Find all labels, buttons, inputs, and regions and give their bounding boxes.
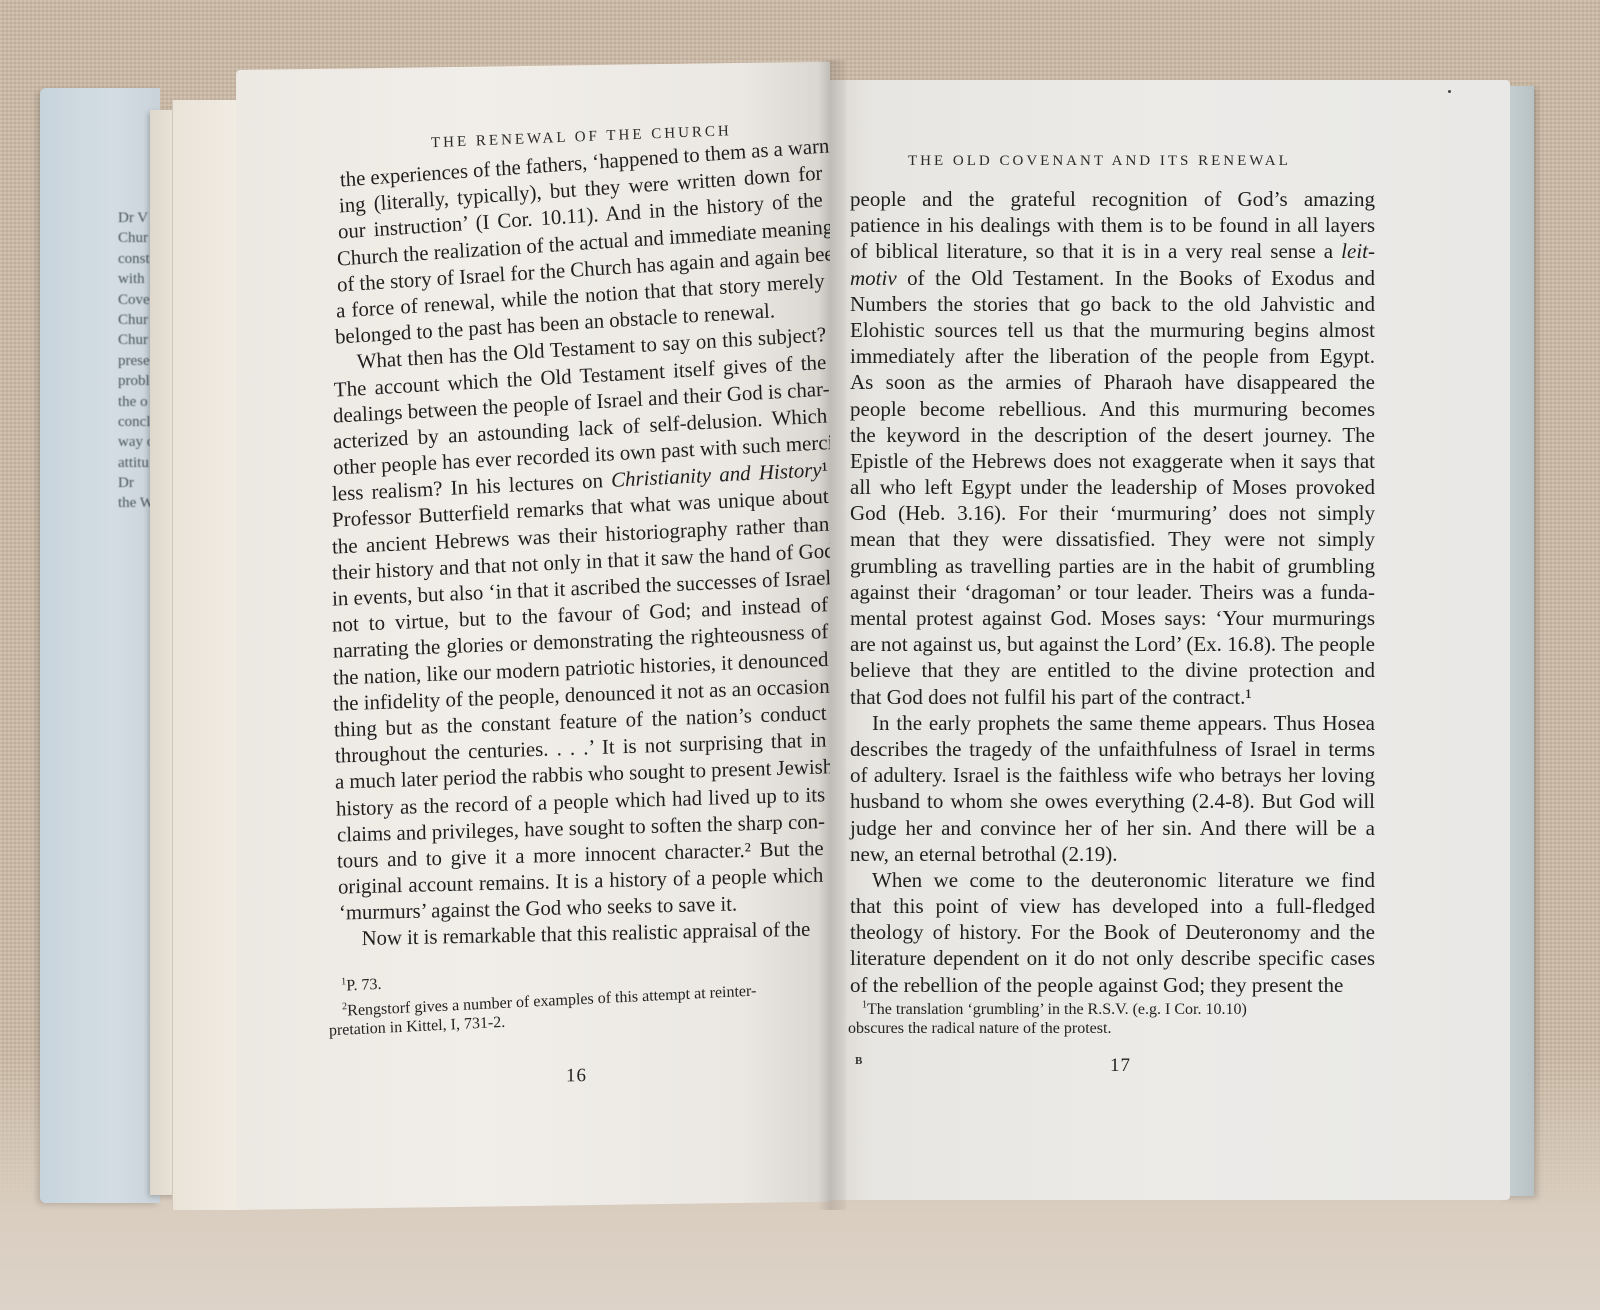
- text-line: Epistle of the Hebrews does not exaggera…: [850, 448, 1375, 474]
- text-line: believe that they are entitled to the di…: [850, 657, 1375, 683]
- right-body-text: people and the grateful recognition of G…: [850, 186, 1375, 998]
- text-line: God (Heb. 3.16). For their ‘murmuring’ d…: [850, 500, 1375, 526]
- text-line: new, an eternal betrothal (2.19).: [850, 841, 1375, 867]
- page-block-edge: [172, 100, 243, 1210]
- footnote-line: 1The translation ‘grumbling’ in the R.S.…: [848, 1000, 1378, 1019]
- text-line: When we come to the deuteronomic literat…: [850, 867, 1375, 893]
- text-line: people and the grateful recognition of G…: [850, 186, 1375, 212]
- text-line: that God does not fulfil his part of the…: [850, 684, 1375, 710]
- dust-jacket-flap: Dr V Chur const with Cove Chur Chur pres…: [40, 88, 160, 1203]
- text-line: grumbling as travelling parties are in t…: [850, 553, 1375, 579]
- text-line: judge her and convince her of her sin. A…: [850, 815, 1375, 841]
- text-line: of adultery. Israel is the faithless wif…: [850, 762, 1375, 788]
- right-footnotes: 1The translation ‘grumbling’ in the R.S.…: [848, 1000, 1378, 1038]
- text-line: describes the tragedy of the unfaithfuln…: [850, 736, 1375, 762]
- left-page-number: 16: [566, 1065, 587, 1087]
- text-line: literature dependent on it do not only d…: [850, 945, 1375, 971]
- right-page[interactable]: THE OLD COVENANT AND ITS RENEWAL people …: [830, 80, 1510, 1200]
- text-line: Numbers the stories that go back to the …: [850, 291, 1375, 317]
- paper-speck: [1448, 90, 1451, 93]
- text-line: immediately after the liberation of the …: [850, 343, 1375, 369]
- left-footnotes: 1P. 73.2Rengstorf gives a number of exam…: [327, 953, 829, 1040]
- footnote-line: obscures the radical nature of the prote…: [848, 1019, 1378, 1038]
- text-line: are not against us, but against the Lord…: [850, 631, 1375, 657]
- text-line: In the early prophets the same theme app…: [850, 710, 1375, 736]
- signature-mark: B: [855, 1055, 862, 1067]
- text-line: As soon as the armies of Pharaoh have di…: [850, 369, 1375, 395]
- text-line: that this point of view has developed in…: [850, 893, 1375, 919]
- left-body-text: the experiences of the fathers, ‘happene…: [340, 160, 830, 952]
- left-page[interactable]: THE RENEWAL OF THE CHURCH the experience…: [236, 62, 830, 1210]
- text-line: theology of history. For the Book of Deu…: [850, 919, 1375, 945]
- text-line: mean that they were dissatisfied. They w…: [850, 526, 1375, 552]
- right-running-head: THE OLD COVENANT AND ITS RENEWAL: [908, 153, 1291, 170]
- text-line: Elohistic sources tell us that the murmu…: [850, 317, 1375, 343]
- text-line: motiv of the Old Testament. In the Books…: [850, 265, 1375, 291]
- text-line: mental protest against God. Moses says: …: [850, 605, 1375, 631]
- text-line: of the rebellion of the people against G…: [850, 972, 1375, 998]
- text-line: against their ‘dragoman’ or tour leader.…: [850, 579, 1375, 605]
- book-gutter: [818, 60, 846, 1210]
- right-page-number: 17: [1110, 1055, 1131, 1077]
- text-line: of biblical literature, so that it is in…: [850, 238, 1375, 264]
- text-line: all who left Egypt under the leadership …: [850, 474, 1375, 500]
- text-line: patience in his dealings with them is to…: [850, 212, 1375, 238]
- text-line: husband to whom she owes everything (2.4…: [850, 788, 1375, 814]
- text-line: people become rebellious. And this murmu…: [850, 396, 1375, 422]
- text-line: the keyword in the description of the de…: [850, 422, 1375, 448]
